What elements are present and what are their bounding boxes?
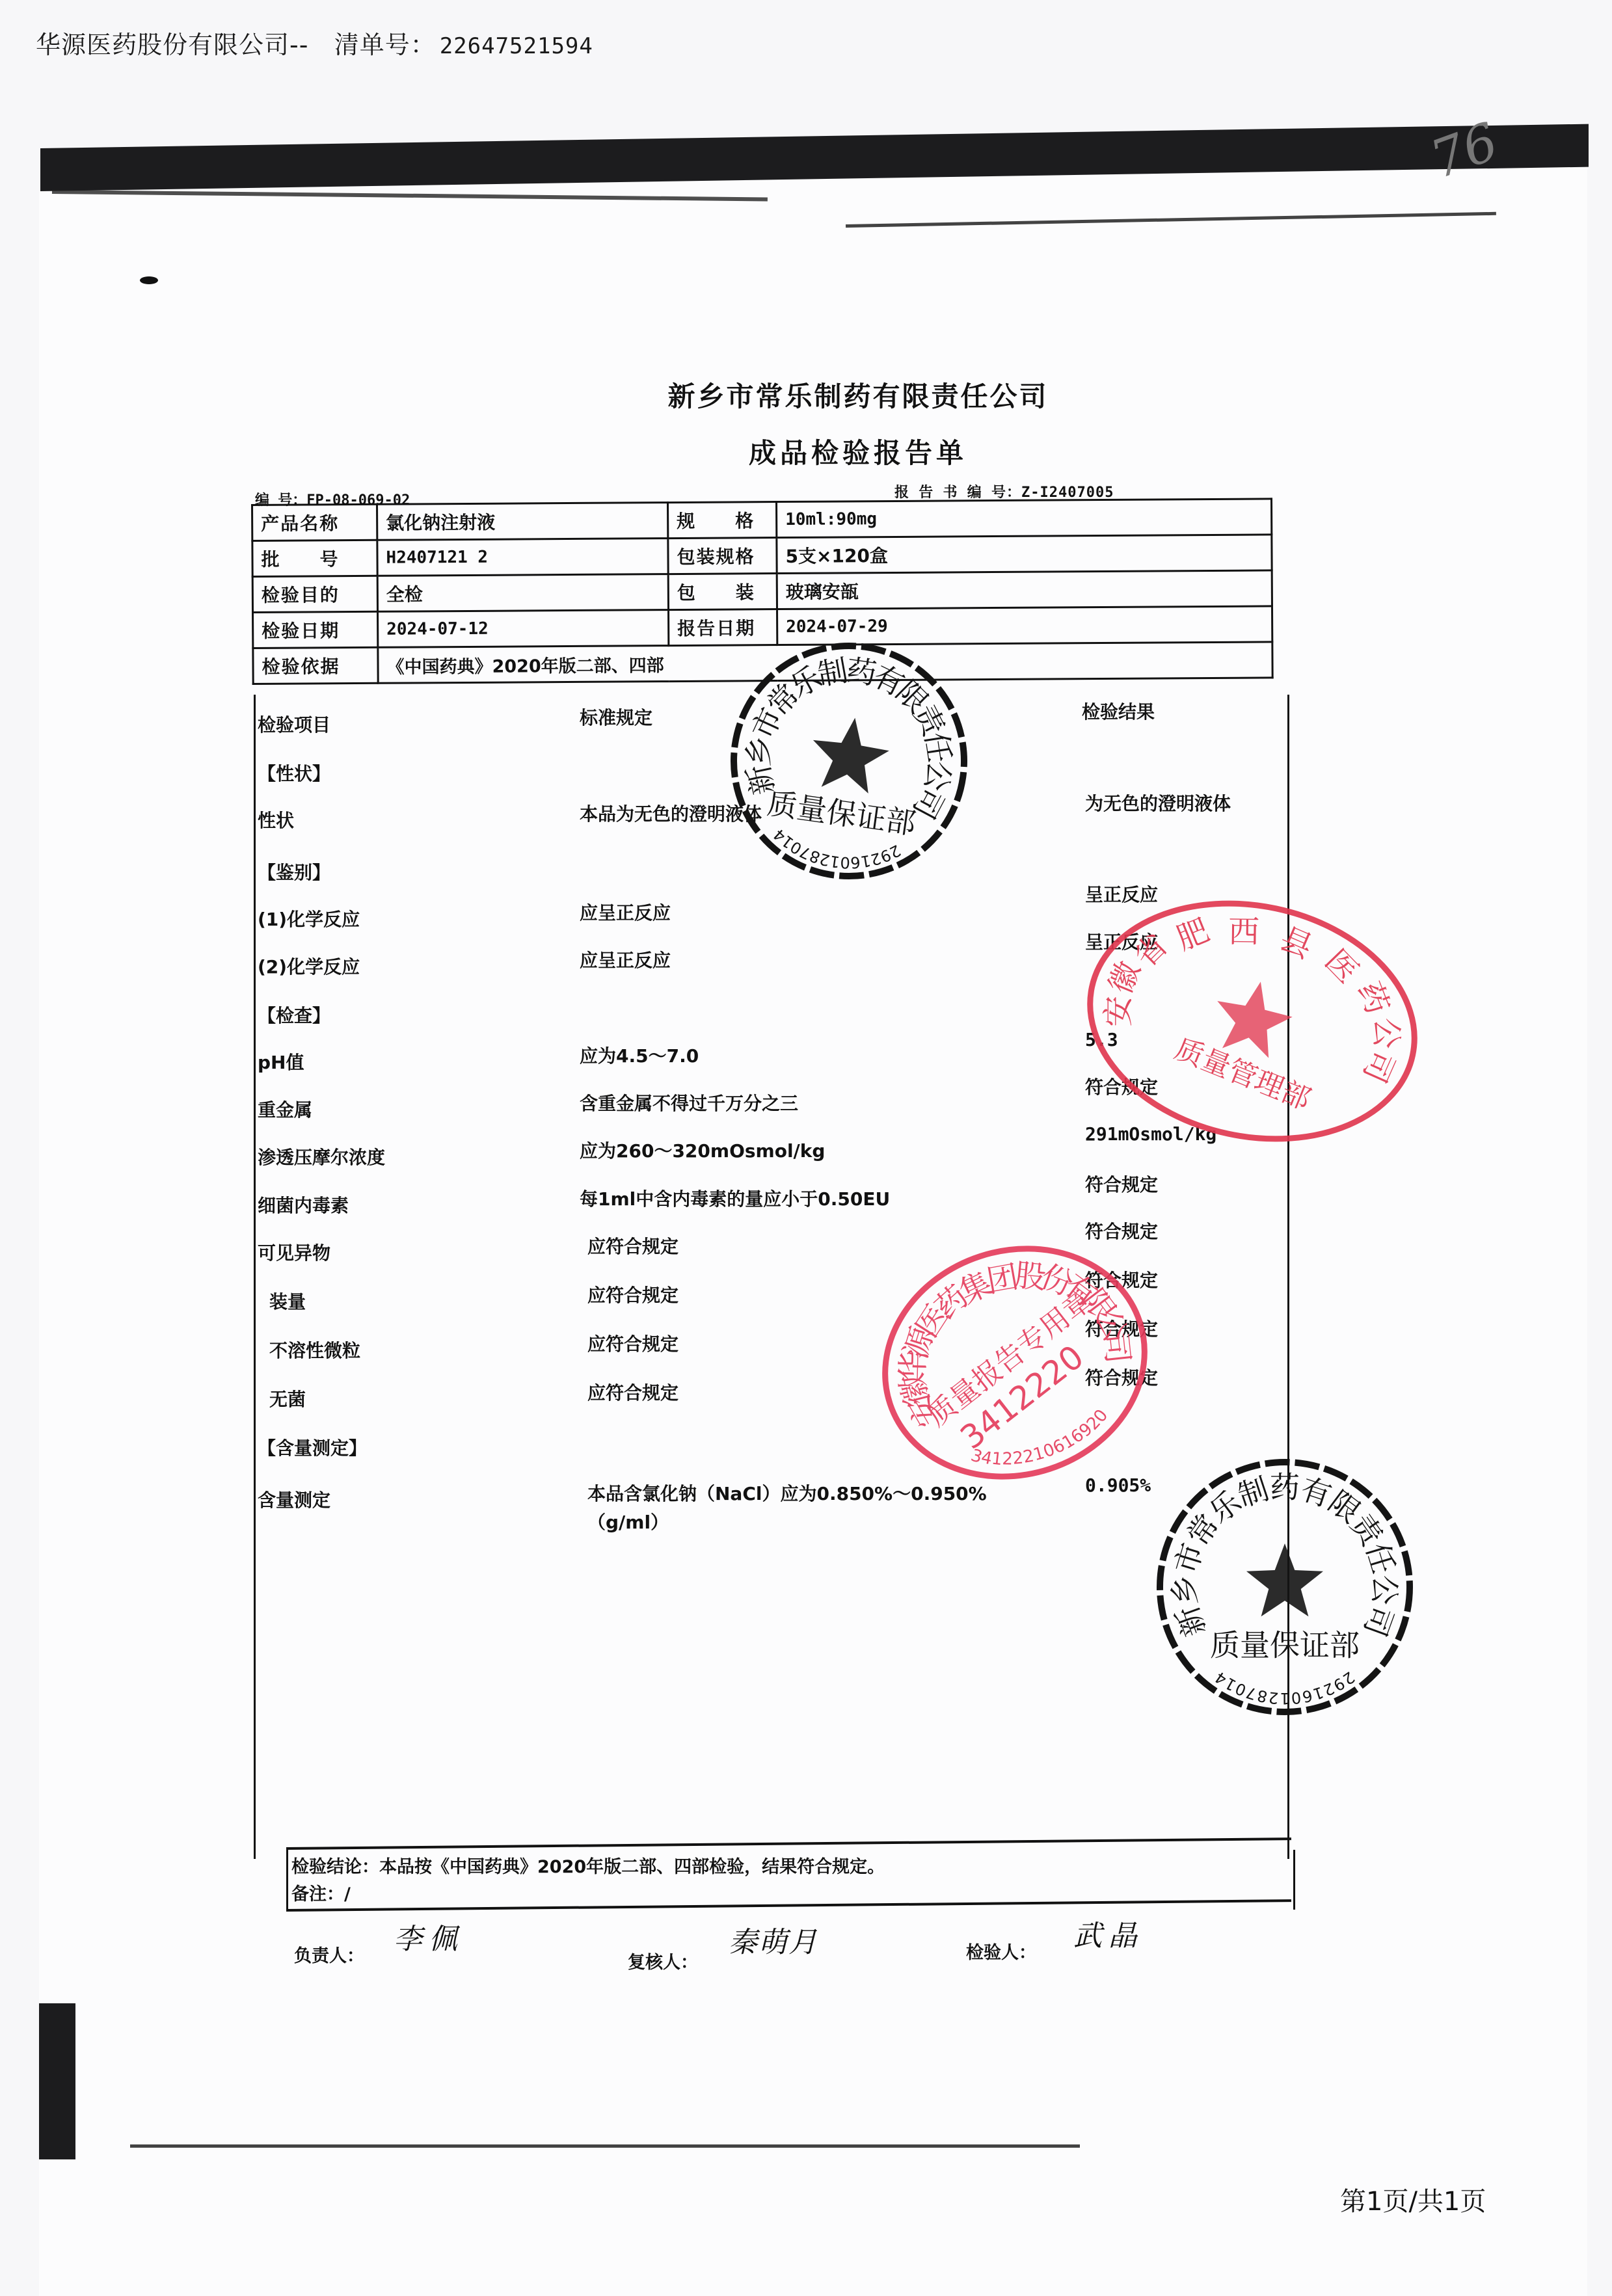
document-title: 成品检验报告单 bbox=[0, 432, 1612, 471]
result-value: 符合规定 bbox=[1085, 1364, 1158, 1390]
result-standard: 应呈正反应 bbox=[580, 899, 671, 925]
basis-label: 检验依据 bbox=[253, 647, 378, 684]
result-standard: 应符合规定 bbox=[587, 1379, 678, 1405]
purpose-value: 全检 bbox=[377, 574, 668, 612]
batch-value: H2407121 2 bbox=[377, 539, 668, 576]
column-header-result: 检验结果 bbox=[1082, 698, 1155, 724]
result-value: 符合规定 bbox=[1085, 1266, 1158, 1292]
column-header-standard: 标准规定 bbox=[580, 704, 652, 730]
reviewer-signature: 秦萌月 bbox=[729, 1919, 818, 1960]
page-number: 第1页/共1页 bbox=[1340, 2181, 1486, 2218]
product-name-value: 氯化钠注射液 bbox=[377, 503, 668, 541]
packaging-value: 玻璃安瓿 bbox=[777, 570, 1272, 609]
result-item-label: 装量 bbox=[269, 1288, 306, 1314]
result-item-label: (2)化学反应 bbox=[258, 953, 360, 979]
result-standard: 应呈正反应 bbox=[580, 946, 671, 972]
result-standard: 应为4.5～7.0 bbox=[580, 1042, 699, 1068]
scan-header-list-label: 清单号： bbox=[334, 31, 436, 59]
report-number-label: 报 告 书 编 号： bbox=[894, 485, 1021, 501]
responsible-label: 负责人： bbox=[294, 1942, 364, 1967]
result-item-label: 【鉴别】 bbox=[258, 859, 330, 885]
reviewer-label: 复核人： bbox=[628, 1948, 698, 1973]
result-standard: 应符合规定 bbox=[587, 1281, 678, 1307]
test-date-label: 检验日期 bbox=[253, 611, 378, 648]
result-standard: 应符合规定 bbox=[587, 1233, 678, 1259]
result-standard: 应符合规定 bbox=[587, 1330, 678, 1356]
result-item-label: 重金属 bbox=[258, 1096, 312, 1122]
result-value: 291mOsmol/kg bbox=[1085, 1123, 1216, 1145]
ink-speck bbox=[140, 276, 158, 284]
result-value: 符合规定 bbox=[1085, 1315, 1158, 1341]
result-item-label: pH值 bbox=[258, 1048, 304, 1075]
scan-header-list-number: 22647521594 bbox=[440, 33, 593, 59]
result-item-label: 【含量测定】 bbox=[258, 1434, 367, 1460]
scanner-edge-bar bbox=[39, 2003, 75, 2159]
result-standard: 应为260～320mOsmol/kg bbox=[580, 1137, 825, 1163]
scan-header-company: 华源医药股份有限公司-- bbox=[36, 31, 308, 59]
conclusion-text: 检验结论：本品按《中国药典》2020年版二部、四部检验，结果符合规定。 bbox=[291, 1852, 885, 1878]
inspector-signature: 武晶 bbox=[1073, 1912, 1144, 1954]
purpose-label: 检验目的 bbox=[252, 576, 377, 612]
result-value: 为无色的澄明液体 bbox=[1085, 790, 1231, 816]
remark-label: 备注： bbox=[291, 1884, 344, 1904]
remark: 备注：/ bbox=[291, 1880, 351, 1905]
result-item-label: 【性状】 bbox=[258, 760, 330, 786]
result-value: 5.3 bbox=[1085, 1029, 1118, 1050]
result-value: 符合规定 bbox=[1085, 1171, 1158, 1197]
scan-header: 华源医药股份有限公司-- 清单号：22647521594 bbox=[36, 25, 593, 60]
spec-value: 10ml:90mg bbox=[776, 499, 1271, 538]
company-title: 新乡市常乐制药有限责任公司 bbox=[0, 375, 1612, 414]
batch-label: 批 号 bbox=[252, 540, 377, 576]
result-item-label: 不溶性微粒 bbox=[269, 1337, 360, 1363]
test-date-value: 2024-07-12 bbox=[378, 610, 669, 648]
result-item-label: 含量测定 bbox=[258, 1486, 330, 1512]
spec-label: 规 格 bbox=[667, 502, 776, 539]
result-standard: 每1ml中含内毒素的量应小于0.50EU bbox=[580, 1185, 890, 1211]
inspector-label: 检验人： bbox=[966, 1938, 1036, 1964]
result-value: 0.905% bbox=[1085, 1475, 1151, 1496]
result-item-label: 【检查】 bbox=[258, 1002, 330, 1028]
results-section: 检验项目标准规定检验结果【性状】性状本品为无色的澄明液体为无色的澄明液体【鉴别】… bbox=[254, 695, 1289, 1859]
info-row: 产品名称 氯化钠注射液 规 格 10ml:90mg bbox=[252, 499, 1272, 541]
scanner-shadow-line bbox=[130, 2144, 1080, 2148]
result-value: 符合规定 bbox=[1085, 1073, 1158, 1099]
remark-value: / bbox=[344, 1884, 351, 1904]
result-item-label: 可见异物 bbox=[258, 1239, 330, 1265]
result-standard: 本品为无色的澄明液体 bbox=[580, 800, 762, 826]
result-standard-unit: （g/ml） bbox=[587, 1508, 987, 1534]
result-item-label: 无菌 bbox=[269, 1385, 306, 1411]
result-standard: 本品含氯化钠（NaCl）应为0.850%～0.950%（g/ml） bbox=[587, 1480, 987, 1534]
result-value: 呈正反应 bbox=[1085, 881, 1158, 907]
info-row: 检验目的 全检 包 装 玻璃安瓿 bbox=[252, 570, 1272, 613]
column-header-item: 检验项目 bbox=[258, 711, 330, 737]
responsible-signature: 李佩 bbox=[394, 1916, 464, 1957]
info-row: 批 号 H2407121 2 包装规格 5支×120盒 bbox=[252, 535, 1272, 577]
info-row: 检验依据 《中国药典》2020年版二部、四部 bbox=[253, 642, 1272, 684]
basis-value: 《中国药典》2020年版二部、四部 bbox=[378, 642, 1272, 683]
result-standard: 含重金属不得过千万分之三 bbox=[580, 1089, 798, 1115]
packaging-label: 包 装 bbox=[668, 574, 777, 610]
product-info-table: 产品名称 氯化钠注射液 规 格 10ml:90mg 批 号 H2407121 2… bbox=[251, 498, 1274, 685]
result-item-label: (1)化学反应 bbox=[258, 905, 360, 931]
report-date-value: 2024-07-29 bbox=[777, 606, 1272, 645]
report-date-label: 报告日期 bbox=[669, 609, 777, 646]
result-item-label: 渗透压摩尔浓度 bbox=[258, 1143, 385, 1169]
result-value: 符合规定 bbox=[1085, 1218, 1158, 1244]
pack-spec-label: 包装规格 bbox=[668, 538, 777, 574]
product-name-label: 产品名称 bbox=[252, 504, 377, 541]
result-item-label: 细菌内毒素 bbox=[258, 1192, 349, 1218]
info-row: 检验日期 2024-07-12 报告日期 2024-07-29 bbox=[253, 606, 1272, 648]
result-item-label: 性状 bbox=[258, 807, 294, 833]
pack-spec-value: 5支×120盒 bbox=[777, 535, 1272, 574]
result-value: 呈正反应 bbox=[1085, 928, 1158, 954]
